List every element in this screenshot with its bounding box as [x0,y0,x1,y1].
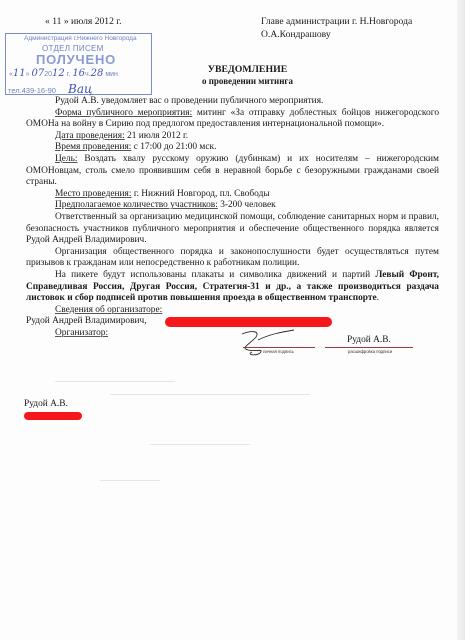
picket-text: На пикете будут использованы плакаты и с… [55,270,375,280]
addressee-line-2: О.А.Кондрашову [261,29,412,42]
count-value: 3-200 человек [218,200,276,210]
time-value: с 17:00 до 21:00 мск. [131,142,216,152]
addressee-block: Главе администрации г. Н.Новгорода О.А.К… [261,16,412,41]
form-label: Форма публичного мероприятия: [55,108,192,118]
stamp-phone: тел.439-16-90 [8,86,56,95]
organizer-info-label: Сведения об организаторе: [55,305,162,315]
date-value: 21 июля 2012 г. [125,131,188,141]
date-paragraph: Дата проведения: 21 июля 2012 г. [26,131,439,143]
addressee-line-1: Главе администрации г. Н.Новгорода [261,16,412,29]
document-body: Рудой А.В. уведомляет вас о проведении п… [26,96,439,339]
responsible-paragraph: Ответственный за организацию медицинской… [26,212,439,247]
date-label: Дата проведения: [55,131,125,141]
scanned-page: « 11 » июля 2012 г. Главе администрации … [0,0,465,640]
show-through-line [110,394,310,395]
signature-name: Рудой А.В. [347,335,391,347]
place-value: г. Нижний Новгород, пл. Свободы [131,189,269,199]
redacted-footer-contact [24,412,82,420]
signature-line [243,347,315,348]
place-label: Место проведения: [55,189,131,199]
stamp-org: Администрация г.Нижнего Новгорода [24,35,137,42]
show-through-line [55,381,175,382]
show-through-line [150,444,250,445]
organizer-label: Организатор: [55,328,108,338]
goal-value: Воздать хвалу русскому оружию (дубинкам)… [26,154,439,187]
show-through-line [100,480,160,481]
form-paragraph: Форма публичного мероприятия: митинг «За… [26,108,439,131]
count-paragraph: Предполагаемое количество участников: 3-… [26,200,439,212]
page-edge-shadow [457,0,465,640]
time-paragraph: Время проведения: с 17:00 до 21:00 мск. [26,142,439,154]
signature-caption: личная подпись [263,349,294,354]
goal-label: Цель: [55,154,78,164]
document-title: УВЕДОМЛЕНИЕ [0,64,465,75]
intro-paragraph: Рудой А.В. уведомляет вас о проведении п… [26,96,439,108]
signature-name-line [325,347,413,348]
time-label: Время проведения: [55,142,131,152]
picket-end: . [377,293,379,303]
document-date: « 11 » июля 2012 г. [45,16,122,27]
organizer-name: Рудой Андрей Владимирович, [26,316,147,326]
order-paragraph: Организация общественного порядка и зако… [26,247,439,270]
signature-name-caption: расшифровка подписи [348,349,392,354]
footer-name: Рудой А.В. [24,399,68,411]
organizer-info-paragraph: Сведения об организаторе: [26,305,439,317]
redacted-contact-info [165,317,332,327]
document-subtitle: о проведении митинга [0,76,465,86]
picket-paragraph: На пикете будут использованы плакаты и с… [26,270,439,305]
count-label: Предполагаемое количество участников: [55,200,218,210]
goal-paragraph: Цель: Воздать хвалу русскому оружию (дуб… [26,154,439,189]
place-paragraph: Место проведения: г. Нижний Новгород, пл… [26,189,439,201]
